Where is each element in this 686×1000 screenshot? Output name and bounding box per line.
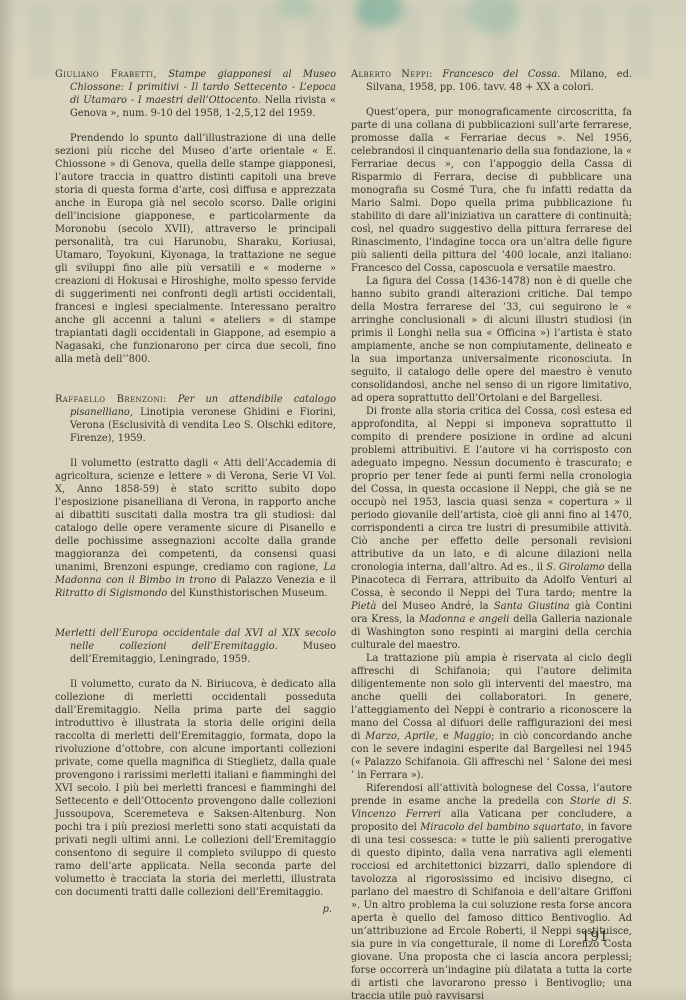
review-paragraph: La trattazione più ampia è riservata al …	[351, 652, 632, 782]
work-title: Francesco del Cossa.	[442, 69, 560, 80]
right-text-column: Alberto Neppi: Francesco del Cossa. Mila…	[351, 68, 632, 1000]
left-text-column: Giuliano Frabetti, Stampe giapponesi al …	[55, 68, 336, 916]
bibliography-entry-neppi: Alberto Neppi: Francesco del Cossa. Mila…	[351, 68, 632, 1000]
review-paragraph: Quest’opera, pur monograficamente circos…	[351, 106, 632, 275]
author-name: Raffaello Brenzoni:	[55, 394, 167, 405]
review-paragraph: Il volumetto (estratto dagli « Atti dell…	[55, 457, 336, 600]
entry-heading: Merletti dell’Europa occidentale dal XVI…	[55, 627, 336, 666]
reviewer-initial: p.	[55, 903, 336, 916]
review-paragraph: Prendendo lo spunto dall’illustrazione d…	[55, 132, 336, 366]
review-paragraph: Di fronte alla storia critica del Cossa,…	[351, 405, 632, 652]
bibliography-entry-brenzoni: Raffaello Brenzoni: Per un attendibile c…	[55, 393, 336, 600]
review-paragraph: La figura del Cossa (1436-1478) non è di…	[351, 275, 632, 405]
scanned-book-page: Giuliano Frabetti, Stampe giapponesi al …	[0, 0, 686, 1000]
entry-heading: Giuliano Frabetti, Stampe giapponesi al …	[55, 68, 336, 120]
author-name: Alberto Neppi:	[351, 69, 433, 80]
bibliography-entry-merletti: Merletti dell’Europa occidentale dal XVI…	[55, 627, 336, 899]
entry-heading: Raffaello Brenzoni: Per un attendibile c…	[55, 393, 336, 445]
review-paragraph: Il volumetto, curato da N. Biriucova, è …	[55, 678, 336, 899]
review-paragraph: Riferendosi all’attività bolognese del C…	[351, 782, 632, 1000]
page-number: 191	[560, 929, 630, 945]
work-title: Merletti dell’Europa occidentale dal XVI…	[55, 628, 336, 652]
author-name: Giuliano Frabetti,	[55, 69, 157, 80]
entry-heading: Alberto Neppi: Francesco del Cossa. Mila…	[351, 68, 632, 94]
page-gutter-shadow	[0, 0, 16, 1000]
bibliography-entry-frabetti: Giuliano Frabetti, Stampe giapponesi al …	[55, 68, 336, 366]
